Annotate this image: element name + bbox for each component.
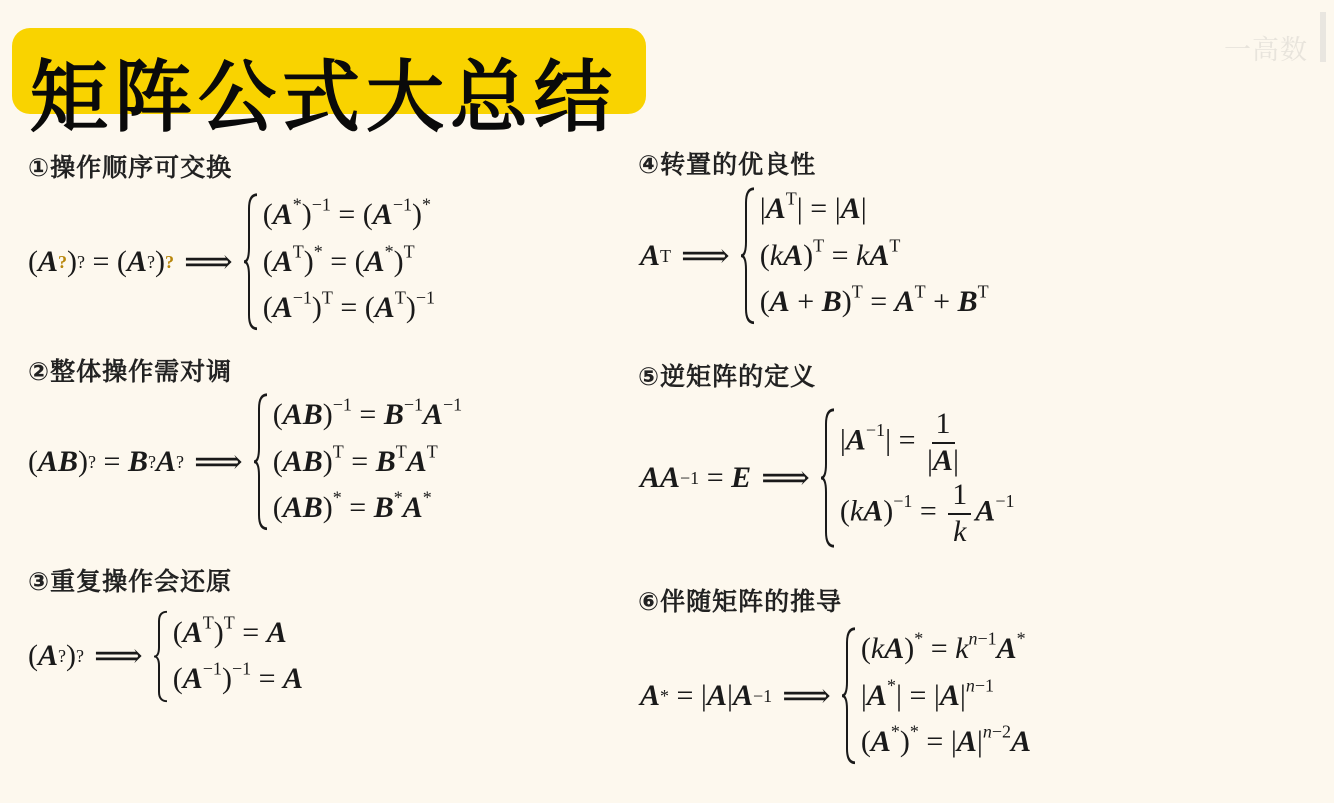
case-row: (AT)* = (A*)T	[263, 239, 435, 286]
left-brace-icon	[153, 610, 169, 703]
section-1-lhs: (A?)? = (A?)?	[28, 245, 174, 279]
section-2-heading: ②整体操作需对调	[28, 352, 232, 388]
section-5-heading: ⑤逆矩阵的定义	[638, 357, 816, 393]
left-brace-icon	[841, 626, 857, 766]
case-row: (kA)T = kAT	[760, 233, 989, 280]
section-3-lhs: (A?)?	[28, 639, 84, 673]
case-row: |AT| = |A|	[760, 186, 989, 233]
case-row: (AT)T = A	[173, 610, 303, 657]
section-6-heading: ⑥伴随矩阵的推导	[638, 582, 842, 618]
title-banner: 矩阵公式大总结	[12, 28, 646, 114]
section-4-heading: ④转置的优良性	[638, 145, 816, 181]
left-brace-icon	[820, 407, 836, 549]
case-row: (A−1)T = (AT)−1	[263, 285, 435, 332]
implies-arrow: ⟹	[761, 458, 810, 498]
section-4-lhs: AT	[640, 239, 671, 273]
implies-arrow: ⟹	[782, 676, 831, 716]
case-row: (AB)* = B*A*	[273, 485, 462, 532]
case-row: (AB)−1 = B−1A−1	[273, 392, 462, 439]
case-row: (A−1)−1 = A	[173, 656, 303, 703]
case-row: (AB)T = BTAT	[273, 439, 462, 486]
section-6-formula: A* = |A|A−1 ⟹ (kA)* = kn−1A* |A*| = |A|n…	[640, 626, 1031, 766]
implies-arrow: ⟹	[681, 236, 730, 276]
page-title: 矩阵公式大总结	[30, 50, 618, 146]
section-2-lhs: (AB)? = B?A?	[28, 445, 184, 479]
watermark: 一高数	[1224, 28, 1308, 67]
section-3-formula: (A?)? ⟹ (AT)T = A (A−1)−1 = A	[28, 608, 303, 704]
left-brace-icon	[253, 392, 269, 532]
case-row: |A−1| = 1|A|	[840, 407, 1015, 478]
case-row: (A*)* = |A|n−2A	[861, 719, 1031, 766]
section-5-lhs: AA−1 = E	[640, 461, 751, 495]
case-row: (kA)* = kn−1A*	[861, 626, 1031, 673]
implies-arrow: ⟹	[94, 636, 143, 676]
case-row: (A + B)T = AT + BT	[760, 279, 989, 326]
case-row: |A*| = |A|n−1	[861, 673, 1031, 720]
implies-arrow: ⟹	[194, 442, 243, 482]
section-1-formula: (A?)? = (A?)? ⟹ (A*)−1 = (A−1)* (AT)* = …	[28, 188, 435, 336]
section-3-heading: ③重复操作会还原	[28, 562, 232, 598]
section-2-formula: (AB)? = B?A? ⟹ (AB)−1 = B−1A−1 (AB)T = B…	[28, 392, 462, 532]
left-brace-icon	[243, 192, 259, 332]
case-row: (A*)−1 = (A−1)*	[263, 192, 435, 239]
left-brace-icon	[740, 186, 756, 326]
case-row: (kA)−1 = 1kA−1	[840, 478, 1015, 549]
section-5-formula: AA−1 = E ⟹ |A−1| = 1|A| (kA)−1 = 1kA−1	[640, 398, 1014, 558]
section-4-formula: AT ⟹ |AT| = |A| (kA)T = kAT (A + B)T = A…	[640, 186, 989, 326]
section-1-heading: ①操作顺序可交换	[28, 148, 232, 184]
implies-arrow: ⟹	[184, 242, 233, 282]
watermark-bar	[1320, 12, 1326, 62]
section-6-lhs: A* = |A|A−1	[640, 679, 772, 713]
